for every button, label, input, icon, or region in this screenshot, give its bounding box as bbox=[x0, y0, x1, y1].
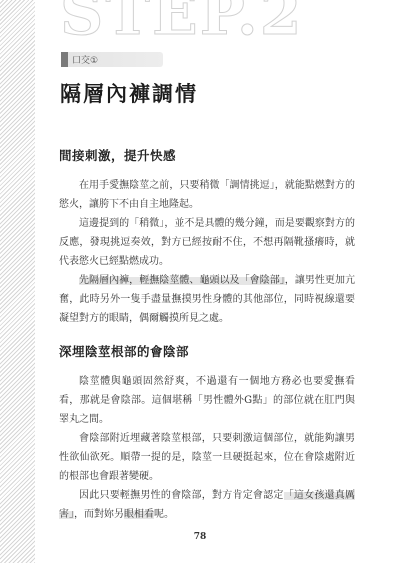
text-segment: 因此只要輕撫男性的會陰部，對方肯定會認定 bbox=[79, 490, 284, 501]
text-segment: 陰莖體與龜頭固然舒爽，不過還有一個地方務必也要愛撫看看，那就是會陰部。這個堪稱「… bbox=[59, 376, 355, 425]
text-segment: 這邊提到的「稍微」，並不是具體的幾分鐘，而是要觀察對方的反應，發現挑逗奏效，對方… bbox=[59, 218, 355, 267]
tag-marker-bar bbox=[61, 52, 68, 67]
section-indirect-stimulation: 間接刺激，提升快感 在用手愛撫陰莖之前，只要稍微「調情挑逗」，就能點燃對方的慾火… bbox=[59, 146, 355, 328]
topic-tag: 口交① bbox=[61, 52, 163, 67]
paragraph: 因此只要輕撫男性的會陰部，對方肯定會認定「這女孩還真厲害」，而對妳另眼相看呢。 bbox=[59, 486, 355, 524]
paragraph: 會陰部附近埋藏著陰莖根部，只要刺激這個部位，就能夠讓男性欲仙欲死。順帶一提的是，… bbox=[59, 429, 355, 486]
page-title: 隔層內褲調情 bbox=[60, 78, 198, 108]
page-number: 78 bbox=[0, 532, 400, 542]
section-perineum: 深埋陰莖根部的會陰部 陰莖體與龜頭固然舒爽，不過還有一個地方務必也要愛撫看看，那… bbox=[59, 342, 355, 524]
highlighted-text: 先隔層內褲，輕撫陰莖體、龜頭以及「會陰部」 bbox=[79, 275, 285, 286]
highlighted-text: 眼相看 bbox=[124, 509, 154, 520]
text-segment: ，而對妳另 bbox=[74, 509, 124, 520]
paragraph: 在用手愛撫陰莖之前，只要稍微「調情挑逗」，就能點燃對方的慾火，讓胯下不由自主地隆… bbox=[59, 176, 355, 214]
paragraph: 這邊提到的「稍微」，並不是具體的幾分鐘，而是要觀察對方的反應，發現挑逗奏效，對方… bbox=[59, 214, 355, 271]
text-segment: 呢。 bbox=[154, 509, 174, 520]
tag-label: 口交① bbox=[72, 53, 98, 66]
margin-hatch-decoration bbox=[0, 0, 35, 563]
section-heading: 間接刺激，提升快感 bbox=[59, 146, 355, 164]
paragraph: 陰莖體與龜頭固然舒爽，不過還有一個地方務必也要愛撫看看，那就是會陰部。這個堪稱「… bbox=[59, 372, 355, 429]
article-body: 間接刺激，提升快感 在用手愛撫陰莖之前，只要稍微「調情挑逗」，就能點燃對方的慾火… bbox=[59, 146, 355, 524]
text-segment: 會陰部附近埋藏著陰莖根部，只要刺激這個部位，就能夠讓男性欲仙欲死。順帶一提的是，… bbox=[59, 433, 355, 482]
text-segment: 在用手愛撫陰莖之前，只要稍微「調情挑逗」，就能點燃對方的慾火，讓胯下不由自主地隆… bbox=[59, 180, 355, 210]
paragraph: 先隔層內褲，輕撫陰莖體、龜頭以及「會陰部」，讓男性更加亢奮，此時另外一隻手盡量撫… bbox=[59, 271, 355, 328]
section-heading: 深埋陰莖根部的會陰部 bbox=[59, 342, 355, 360]
step-title: STEP.2 bbox=[60, 0, 304, 44]
